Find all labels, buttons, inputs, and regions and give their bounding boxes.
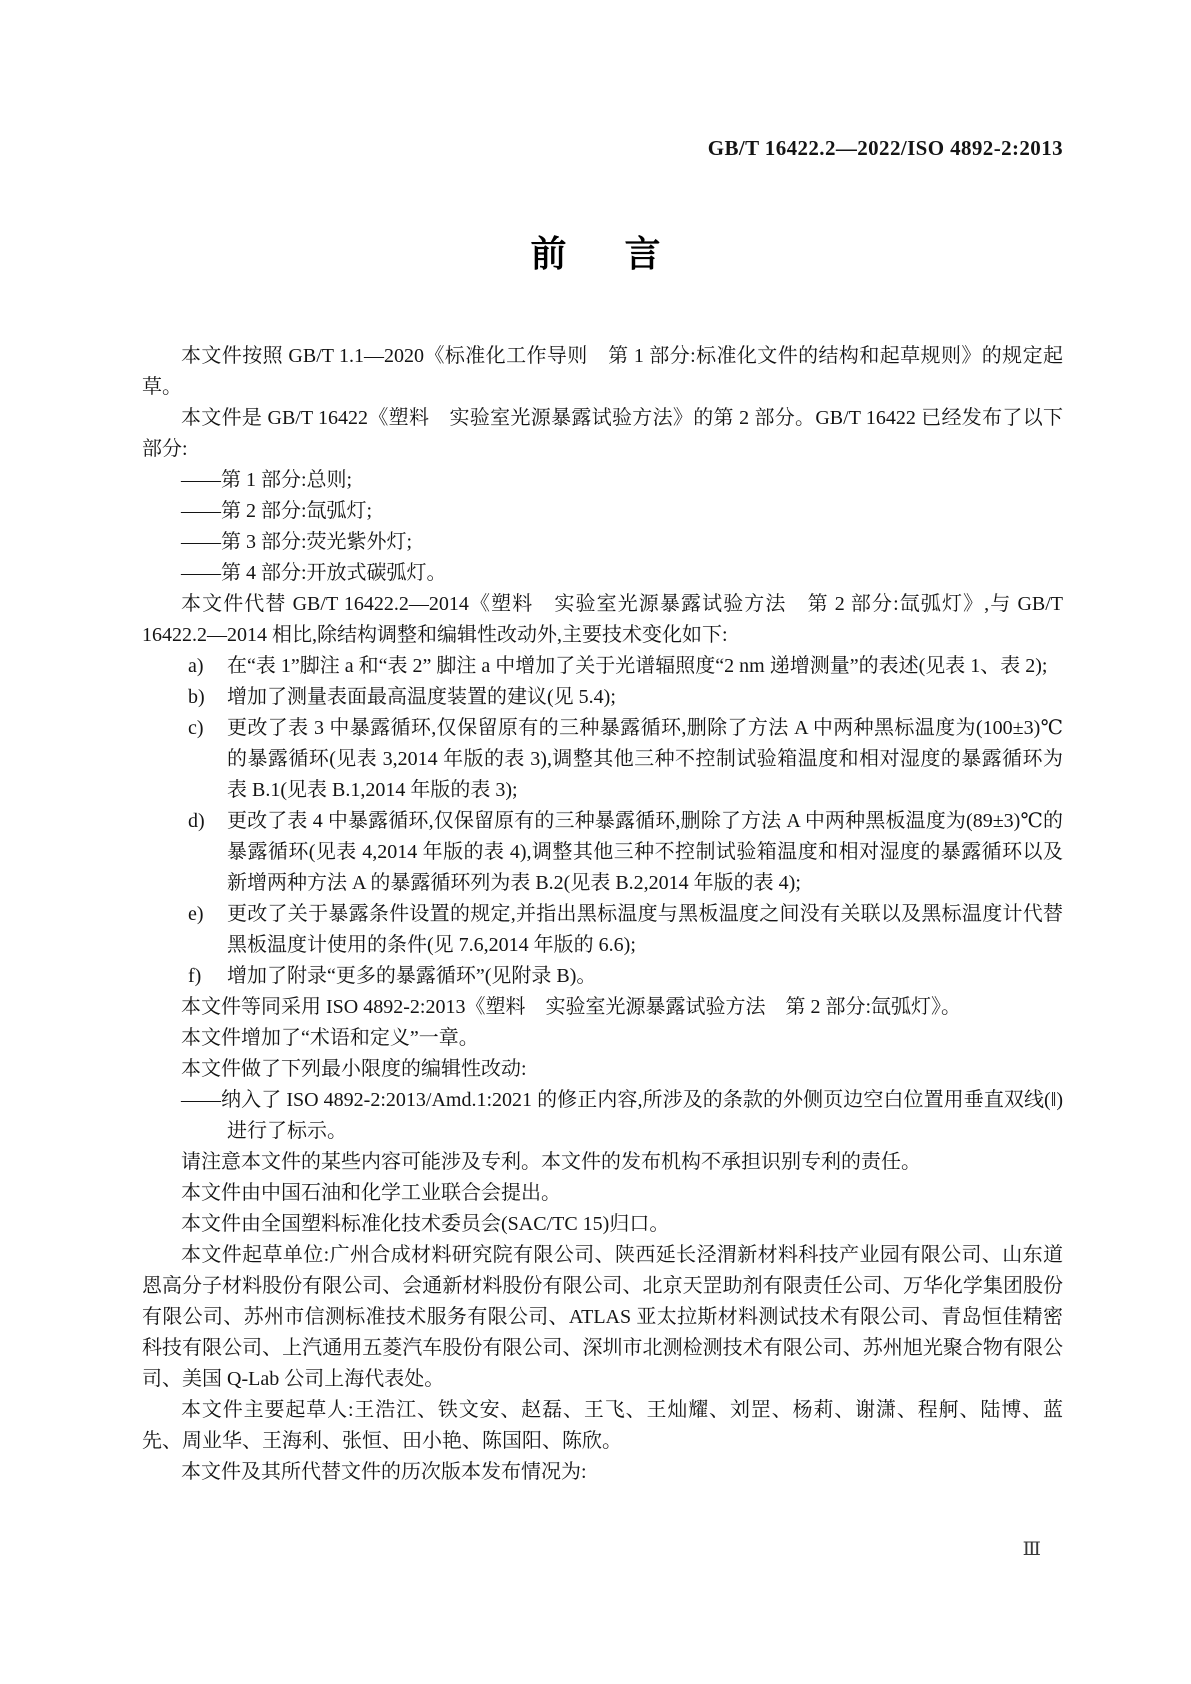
change-item-f-text: 增加了附录“更多的暴露循环”(见附录 B)。 xyxy=(227,965,596,987)
paragraph-version-history: 本文件及其所代替文件的历次版本发布情况为: xyxy=(142,1457,1063,1488)
change-item-a-marker: a) xyxy=(188,651,204,682)
paragraph-main-drafters: 本文件主要起草人:王浩江、铁文安、赵磊、王飞、王灿耀、刘罡、杨莉、谢潇、程舸、陆… xyxy=(142,1395,1063,1457)
editorial-change-item: ——纳入了 ISO 4892-2:2013/Amd.1:2021 的修正内容,所… xyxy=(142,1085,1063,1147)
change-item-c-marker: c) xyxy=(188,713,204,744)
standard-number-header: GB/T 16422.2—2022/ISO 4892-2:2013 xyxy=(708,136,1063,161)
series-part-2: ——第 2 部分:氙弧灯; xyxy=(142,496,1063,527)
change-item-f: f) 增加了附录“更多的暴露循环”(见附录 B)。 xyxy=(142,961,1063,992)
page-number: Ⅲ xyxy=(1023,1538,1041,1561)
paragraph-patent-notice: 请注意本文件的某些内容可能涉及专利。本文件的发布机构不承担识别专利的责任。 xyxy=(142,1147,1063,1178)
document-page: GB/T 16422.2—2022/ISO 4892-2:2013 前 言 本文… xyxy=(0,0,1191,1684)
paragraph-terms-chapter: 本文件增加了“术语和定义”一章。 xyxy=(142,1023,1063,1054)
change-item-d: d) 更改了表 4 中暴露循环,仅保留原有的三种暴露循环,删除了方法 A 中两种… xyxy=(142,806,1063,899)
series-part-1: ——第 1 部分:总则; xyxy=(142,465,1063,496)
paragraph-drafting-rules: 本文件按照 GB/T 1.1—2020《标准化工作导则 第 1 部分:标准化文件… xyxy=(142,341,1063,403)
paragraph-drafting-organizations: 本文件起草单位:广州合成材料研究院有限公司、陕西延长泾渭新材料科技产业园有限公司… xyxy=(142,1240,1063,1395)
paragraph-proposed-by: 本文件由中国石油和化学工业联合会提出。 xyxy=(142,1178,1063,1209)
change-item-e: e) 更改了关于暴露条件设置的规定,并指出黑标温度与黑板温度之间没有关联以及黑标… xyxy=(142,899,1063,961)
title-char-qian: 前 xyxy=(530,232,566,276)
foreword-body: 本文件按照 GB/T 1.1—2020《标准化工作导则 第 1 部分:标准化文件… xyxy=(142,341,1063,1488)
title-char-yan: 言 xyxy=(625,232,661,276)
change-item-c: c) 更改了表 3 中暴露循环,仅保留原有的三种暴露循环,删除了方法 A 中两种… xyxy=(142,713,1063,806)
change-item-a: a) 在“表 1”脚注 a 和“表 2” 脚注 a 中增加了关于光谱辐照度“2 … xyxy=(142,651,1063,682)
change-item-b-text: 增加了测量表面最高温度装置的建议(见 5.4); xyxy=(227,686,616,708)
paragraph-editorial-changes: 本文件做了下列最小限度的编辑性改动: xyxy=(142,1054,1063,1085)
change-item-a-text: 在“表 1”脚注 a 和“表 2” 脚注 a 中增加了关于光谱辐照度“2 nm … xyxy=(227,655,1047,677)
series-part-3: ——第 3 部分:荧光紫外灯; xyxy=(142,527,1063,558)
page-title-foreword: 前 言 xyxy=(0,232,1191,276)
paragraph-iso-adoption: 本文件等同采用 ISO 4892-2:2013《塑料 实验室光源暴露试验方法 第… xyxy=(142,992,1063,1023)
series-part-4: ——第 4 部分:开放式碳弧灯。 xyxy=(142,558,1063,589)
paragraph-series-intro: 本文件是 GB/T 16422《塑料 实验室光源暴露试验方法》的第 2 部分。G… xyxy=(142,403,1063,465)
paragraph-centralized-by: 本文件由全国塑料标准化技术委员会(SAC/TC 15)归口。 xyxy=(142,1209,1063,1240)
change-item-b-marker: b) xyxy=(188,682,205,713)
paragraph-replacement-intro: 本文件代替 GB/T 16422.2—2014《塑料 实验室光源暴露试验方法 第… xyxy=(142,589,1063,651)
change-item-d-text: 更改了表 4 中暴露循环,仅保留原有的三种暴露循环,删除了方法 A 中两种黑板温… xyxy=(227,810,1063,894)
change-item-e-text: 更改了关于暴露条件设置的规定,并指出黑标温度与黑板温度之间没有关联以及黑标温度计… xyxy=(227,903,1063,956)
change-item-f-marker: f) xyxy=(188,961,201,992)
change-item-d-marker: d) xyxy=(188,806,205,837)
change-item-c-text: 更改了表 3 中暴露循环,仅保留原有的三种暴露循环,删除了方法 A 中两种黑标温… xyxy=(227,717,1063,801)
change-item-e-marker: e) xyxy=(188,899,204,930)
change-item-b: b) 增加了测量表面最高温度装置的建议(见 5.4); xyxy=(142,682,1063,713)
